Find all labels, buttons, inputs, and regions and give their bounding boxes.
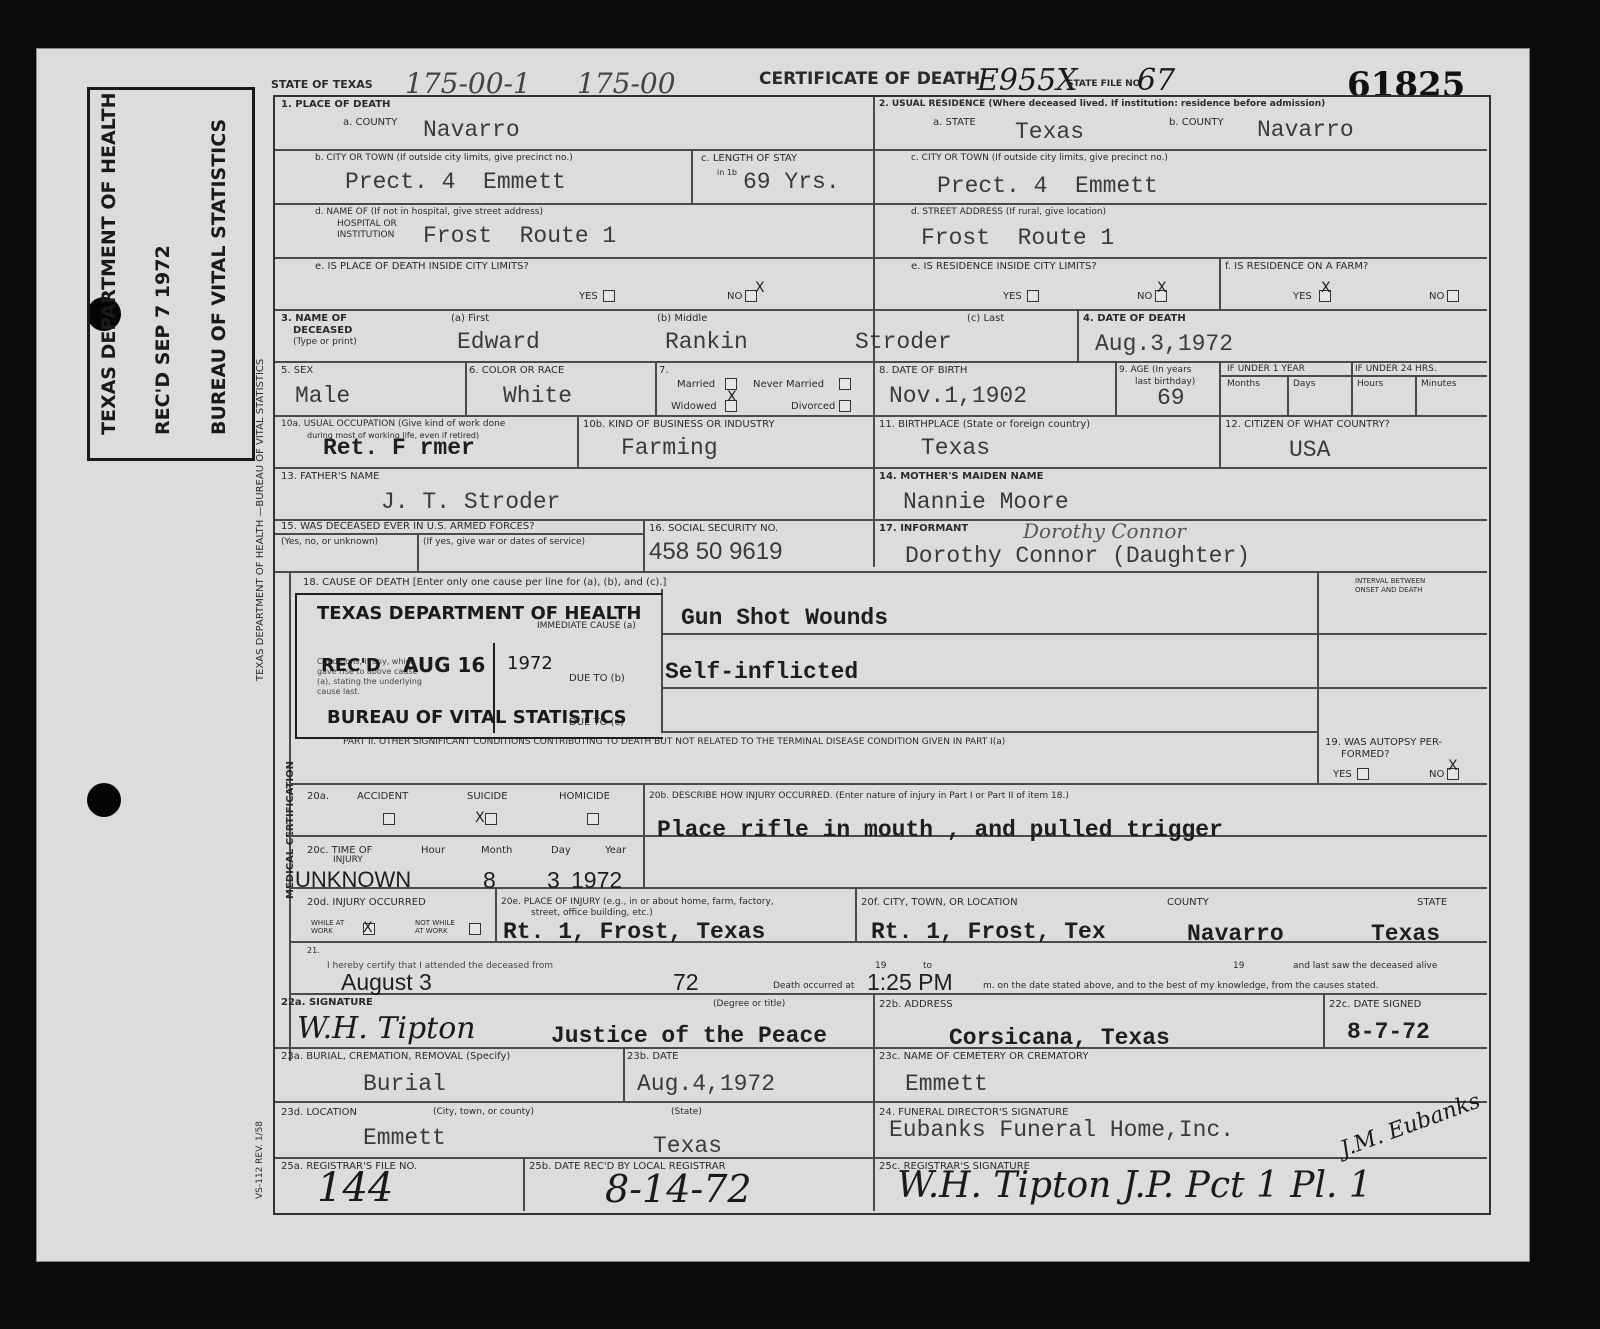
- death-city-label: b. CITY OR TOWN (If outside city limits,…: [315, 153, 573, 164]
- injury-county-value: Navarro: [1187, 921, 1284, 947]
- age-label-1: 9. AGE (In years: [1119, 365, 1191, 376]
- ssn-label: 16. SOCIAL SECURITY NO.: [649, 523, 778, 534]
- received-stamp-line2a: REC'D: [321, 655, 381, 676]
- address-value: Corsicana, Texas: [949, 1025, 1170, 1051]
- armed-forces-war-label: (If yes, give war or dates of service): [423, 537, 585, 548]
- death-county-value: Navarro: [423, 117, 520, 143]
- cause-of-death-label: 18. CAUSE OF DEATH [Enter only one cause…: [303, 577, 666, 588]
- informant-signature: Dorothy Connor: [1023, 519, 1186, 543]
- hospital-label: d. NAME OF (If not in hospital, give str…: [315, 207, 543, 218]
- date-signed-label: 22c. DATE SIGNED: [1329, 999, 1421, 1010]
- last-saw-text: and last saw the deceased alive: [1293, 961, 1437, 972]
- autopsy-yes-checkbox[interactable]: [1357, 768, 1369, 780]
- occupation-label: 10a. USUAL OCCUPATION (Give kind of work…: [281, 419, 505, 430]
- hospital-sublabel-2: INSTITUTION: [337, 230, 394, 241]
- state-file-number: 67: [1137, 63, 1175, 98]
- place-of-injury-sublabel: street, office building, etc.): [531, 908, 653, 919]
- certify-suffix-text: m. on the date stated above, and to the …: [983, 981, 1378, 992]
- marital-married-label: Married: [677, 379, 715, 390]
- injury-hour-value: UNKNOWN: [295, 867, 411, 893]
- time-of-injury-label-2: INJURY: [333, 855, 363, 866]
- birthplace-value: Texas: [921, 435, 990, 461]
- place-of-injury-label: 20e. PLACE OF INJURY (e.g., in or about …: [501, 897, 774, 908]
- cemetery-label: 23c. NAME OF CEMETERY OR CREMATORY: [879, 1051, 1088, 1062]
- minutes-label: Minutes: [1421, 379, 1456, 390]
- burial-method-value: Burial: [363, 1071, 446, 1097]
- ssn-value: 458 50 9619: [649, 539, 782, 565]
- injury-occurred-label: 20d. INJURY OCCURRED: [307, 897, 426, 908]
- residence-inside-city-yes-label: YES: [1003, 291, 1022, 302]
- burial-location-label: 23d. LOCATION: [281, 1107, 357, 1118]
- date-of-death-label: 4. DATE OF DEATH: [1083, 313, 1186, 324]
- age-value: 69: [1157, 385, 1185, 411]
- deceased-name-label-3: (Type or print): [293, 337, 357, 348]
- citizen-label: 12. CITIZEN OF WHAT COUNTRY?: [1225, 419, 1390, 430]
- state-file-label: STATE FILE NO: [1067, 79, 1140, 90]
- autopsy-label-2: FORMED?: [1341, 749, 1390, 760]
- death-inside-city-no-mark: X: [755, 281, 765, 295]
- residence-farm-no-checkbox[interactable]: [1447, 290, 1459, 302]
- certificate-title: CERTIFICATE OF DEATH: [759, 69, 980, 89]
- occupation-value: Ret. F rmer: [323, 435, 475, 461]
- injury-day-value: 3: [547, 867, 560, 893]
- burial-location-state-label: (State): [671, 1107, 702, 1118]
- length-of-stay-label: c. LENGTH OF STAY: [701, 153, 797, 164]
- homicide-checkbox[interactable]: [587, 813, 599, 825]
- birthplace-label: 11. BIRTHPLACE (State or foreign country…: [879, 419, 1090, 430]
- burial-location-city-value: Emmett: [363, 1125, 446, 1151]
- usual-residence-label: 2. USUAL RESIDENCE (Where deceased lived…: [879, 99, 1325, 110]
- death-certificate-page: TEXAS DEPARTMENT OF HEALTH REC'D SEP 7 1…: [36, 48, 1530, 1262]
- informant-label: 17. INFORMANT: [879, 523, 968, 534]
- day-label: Day: [551, 845, 571, 856]
- injury-county-label: COUNTY: [1167, 897, 1209, 908]
- injury-state-label: STATE: [1417, 897, 1447, 908]
- received-stamp-line3: BUREAU OF VITAL STATISTICS: [327, 707, 627, 728]
- injury-year-value: 1972: [571, 867, 622, 893]
- residence-farm-yes-label: YES: [1293, 291, 1312, 302]
- months-label: Months: [1227, 379, 1260, 390]
- describe-injury-label: 20b. DESCRIBE HOW INJURY OCCURRED. (Ente…: [649, 791, 1069, 802]
- received-stamp-line1: TEXAS DEPARTMENT OF HEALTH: [317, 603, 641, 624]
- residence-state-label: a. STATE: [933, 117, 976, 128]
- marital-divorced-label: Divorced: [791, 401, 835, 412]
- dob-label: 8. DATE OF BIRTH: [879, 365, 967, 376]
- side-stamp-line1: TEXAS DEPARTMENT OF HEALTH: [98, 93, 120, 435]
- residence-inside-city-label: e. IS RESIDENCE INSIDE CITY LIMITS?: [911, 261, 1097, 272]
- describe-injury-value: Place rifle in mouth , and pulled trigge…: [657, 817, 1223, 843]
- residence-county-value: Navarro: [1257, 117, 1354, 143]
- first-name-label: (a) First: [451, 313, 489, 324]
- residence-inside-city-no-mark: X: [1157, 281, 1167, 295]
- suicide-mark: X: [475, 811, 485, 825]
- death-city-value: Prect. 4 Emmett: [345, 169, 566, 195]
- residence-farm-yes-mark: X: [1321, 281, 1331, 295]
- handwritten-stamp: E955X: [977, 63, 1078, 98]
- accident-label: ACCIDENT: [357, 791, 408, 802]
- deceased-name-label-2: DECEASED: [293, 325, 352, 336]
- burial-date-value: Aug.4,1972: [637, 1071, 775, 1097]
- marital-never-married-label: Never Married: [753, 379, 824, 390]
- homicide-label: HOMICIDE: [559, 791, 610, 802]
- autopsy-label-1: 19. WAS AUTOPSY PER-: [1325, 737, 1442, 748]
- not-at-work-checkbox[interactable]: [469, 923, 481, 935]
- father-label: 13. FATHER'S NAME: [281, 471, 379, 482]
- hour-label: Hour: [421, 845, 445, 856]
- under-year-label: IF UNDER 1 YEAR: [1227, 364, 1305, 375]
- death-inside-city-no-label: NO: [727, 291, 742, 302]
- attended-from-year: 72: [673, 969, 699, 995]
- manner-label: 20a.: [307, 791, 329, 802]
- due-to-b-value: Self-inflicted: [665, 659, 858, 685]
- side-stamp-line3: BUREAU OF VITAL STATISTICS: [208, 119, 230, 435]
- residence-street-label: d. STREET ADDRESS (If rural, give locati…: [911, 207, 1106, 218]
- while-at-work-label: WHILE AT WORK: [311, 919, 351, 935]
- race-label: 6. COLOR OR RACE: [469, 365, 564, 376]
- industry-label: 10b. KIND OF BUSINESS OR INDUSTRY: [583, 419, 775, 430]
- accident-checkbox[interactable]: [383, 813, 395, 825]
- punch-hole-bottom: [87, 783, 121, 817]
- marital-label: 7.: [659, 365, 669, 376]
- last-name-value: Stroder: [855, 329, 952, 355]
- suicide-checkbox[interactable]: [485, 813, 497, 825]
- physician-signature: W.H. Tipton: [297, 1011, 476, 1046]
- marital-never-married-checkbox[interactable]: [839, 378, 851, 390]
- middle-name-value: Rankin: [665, 329, 748, 355]
- residence-state-value: Texas: [1015, 119, 1084, 145]
- deceased-name-label-1: 3. NAME OF: [281, 313, 347, 324]
- hospital-value: Frost Route 1: [423, 223, 616, 249]
- under-24-label: IF UNDER 24 HRS.: [1355, 364, 1437, 375]
- mother-label: 14. MOTHER'S MAIDEN NAME: [879, 471, 1043, 482]
- hours-label: Hours: [1357, 379, 1383, 390]
- injury-month-value: 8: [483, 867, 496, 893]
- hospital-sublabel-1: HOSPITAL OR: [337, 219, 397, 230]
- side-received-stamp: TEXAS DEPARTMENT OF HEALTH REC'D SEP 7 1…: [87, 87, 255, 461]
- autopsy-no-mark: X: [1448, 759, 1458, 773]
- address-label: 22b. ADDRESS: [879, 999, 953, 1010]
- injury-city-value: Rt. 1, Frost, Tex: [871, 919, 1106, 945]
- citizen-value: USA: [1289, 437, 1330, 463]
- residence-farm-label: f. IS RESIDENCE ON A FARM?: [1225, 261, 1368, 272]
- marital-widowed-mark: X: [727, 390, 737, 404]
- death-county-label: a. COUNTY: [343, 117, 397, 128]
- funeral-director-value: Eubanks Funeral Home,Inc.: [889, 1117, 1234, 1143]
- while-at-work-mark: X: [363, 921, 373, 935]
- received-stamp: TEXAS DEPARTMENT OF HEALTH REC'D AUG 16 …: [295, 593, 663, 739]
- industry-value: Farming: [621, 435, 718, 461]
- received-stamp-line2c: 1972: [507, 653, 553, 674]
- informant-value: Dorothy Connor (Daughter): [905, 543, 1250, 569]
- death-time-value: 1:25 PM: [867, 969, 953, 995]
- death-inside-city-label: e. IS PLACE OF DEATH INSIDE CITY LIMITS?: [315, 261, 529, 272]
- length-of-stay-sublabel: in 1b: [717, 167, 737, 178]
- burial-location-state-value: Texas: [653, 1133, 722, 1159]
- month-label: Month: [481, 845, 512, 856]
- cemetery-value: Emmett: [905, 1071, 988, 1097]
- length-of-stay-value: 69 Yrs.: [743, 169, 840, 195]
- attended-from-date: August 3: [341, 969, 432, 995]
- burial-location-city-label: (City, town, or county): [433, 1107, 534, 1118]
- armed-forces-label: 15. WAS DECEASED EVER IN U.S. ARMED FORC…: [281, 521, 535, 532]
- registrar-file-value: 144: [317, 1165, 393, 1211]
- state-of-texas-label: STATE OF TEXAS: [271, 79, 373, 90]
- autopsy-yes-label: YES: [1333, 769, 1352, 780]
- immediate-cause-value: Gun Shot Wounds: [681, 605, 888, 631]
- form-revision: VS-112 REV. 1/58: [255, 1121, 266, 1199]
- side-stamp-line2: REC'D SEP 7 1972: [152, 245, 174, 435]
- residence-county-label: b. COUNTY: [1169, 117, 1224, 128]
- place-of-death-label: 1. PLACE OF DEATH: [281, 99, 390, 110]
- year-label: Year: [605, 845, 626, 856]
- date-of-death-value: Aug.3,1972: [1095, 331, 1233, 357]
- first-name-value: Edward: [457, 329, 540, 355]
- autopsy-no-label: NO: [1429, 769, 1444, 780]
- marital-widowed-label: Widowed: [671, 401, 717, 412]
- received-stamp-line2b: AUG 16: [403, 653, 485, 677]
- injury-city-label: 20f. CITY, TOWN, OR LOCATION: [861, 897, 1018, 908]
- death-occurred-label: Death occurred at: [773, 981, 854, 992]
- attended-year-prefix-2: 19: [1233, 961, 1244, 972]
- certification-number: 21.: [307, 945, 320, 956]
- side-margin-text: TEXAS DEPARTMENT OF HEALTH —BUREAU OF VI…: [255, 359, 266, 681]
- death-inside-city-yes-checkbox[interactable]: [603, 290, 615, 302]
- degree-value: Justice of the Peace: [551, 1023, 827, 1049]
- dob-value: Nov.1,1902: [889, 383, 1027, 409]
- sex-value: Male: [295, 383, 350, 409]
- sex-label: 5. SEX: [281, 365, 313, 376]
- injury-state-value: Texas: [1371, 921, 1440, 947]
- place-of-injury-value: Rt. 1, Frost, Texas: [503, 919, 765, 945]
- middle-name-label: (b) Middle: [657, 313, 707, 324]
- registrar-signature: W.H. Tipton J.P. Pct 1 Pl. 1: [897, 1165, 1372, 1206]
- residence-inside-city-no-label: NO: [1137, 291, 1152, 302]
- residence-city-label: c. CITY OR TOWN (If outside city limits,…: [911, 153, 1168, 164]
- interval-label: INTERVAL BETWEEN ONSET AND DEATH: [1355, 577, 1445, 595]
- armed-forces-yn-label: (Yes, no, or unknown): [281, 537, 378, 548]
- residence-street-value: Frost Route 1: [921, 225, 1114, 251]
- mother-value: Nannie Moore: [903, 489, 1069, 515]
- date-signed-value: 8-7-72: [1347, 1019, 1430, 1045]
- not-at-work-label: NOT WHILE AT WORK: [415, 919, 465, 935]
- registrar-date-value: 8-14-72: [605, 1167, 752, 1211]
- death-inside-city-yes-label: YES: [579, 291, 598, 302]
- residence-farm-no-label: NO: [1429, 291, 1444, 302]
- last-name-label: (c) Last: [967, 313, 1004, 324]
- race-value: White: [503, 383, 572, 409]
- degree-label: (Degree or title): [713, 999, 785, 1010]
- signature-label: 22a. SIGNATURE: [281, 997, 373, 1008]
- burial-date-label: 23b. DATE: [627, 1051, 678, 1062]
- residence-city-value: Prect. 4 Emmett: [937, 173, 1158, 199]
- suicide-label: SUICIDE: [467, 791, 508, 802]
- residence-inside-city-yes-checkbox[interactable]: [1027, 290, 1039, 302]
- father-value: J. T. Stroder: [381, 489, 560, 515]
- days-label: Days: [1293, 379, 1315, 390]
- burial-method-label: 23a. BURIAL, CREMATION, REMOVAL (Specify…: [281, 1051, 510, 1062]
- marital-divorced-checkbox[interactable]: [839, 400, 851, 412]
